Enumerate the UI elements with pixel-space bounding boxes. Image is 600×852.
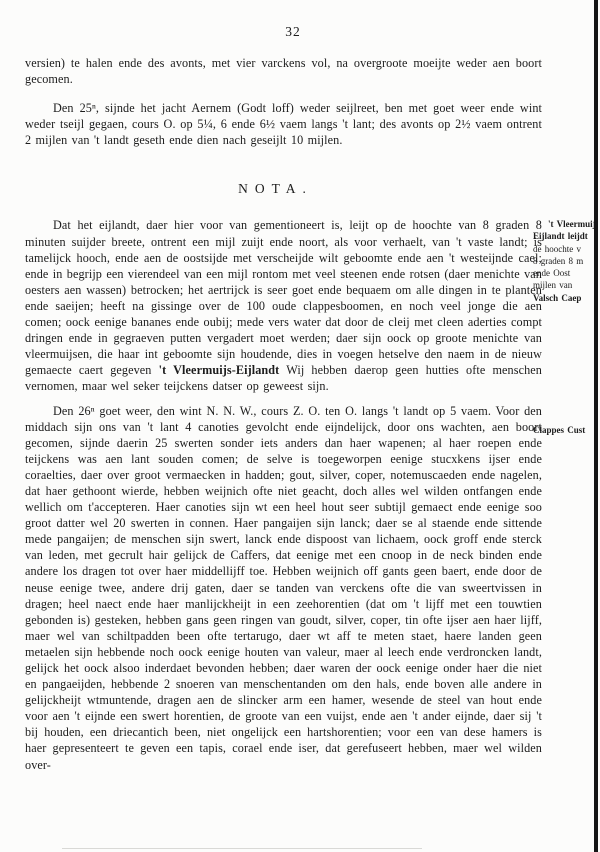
paragraph: Den 25ⁿ, sijnde het jacht Aernem (Godt l…: [25, 100, 542, 148]
margin-note-line: Eijlandt leijdt: [533, 230, 600, 242]
body-text: Dat het eijlandt, daer hier voor van gem…: [25, 218, 542, 377]
margin-note-line: 't Vleermuij: [533, 218, 600, 230]
margin-note-line: mijlen van: [533, 279, 600, 291]
book-page: 32 versien) te halen ende des avonts, me…: [0, 0, 600, 852]
margin-note-line: de hoochte v: [533, 243, 600, 255]
text-column: versien) te halen ende des avonts, met v…: [25, 55, 542, 773]
margin-note-line: Valsch Caep: [533, 292, 600, 304]
body-text: Den 26ⁿ goet weer, den wint N. N. W., co…: [25, 404, 542, 772]
margin-note-line: Clappes Cust: [533, 424, 600, 436]
page-edge-line: [594, 0, 598, 852]
paragraph: versien) te halen ende des avonts, met v…: [25, 55, 542, 87]
paragraph: Den 26ⁿ goet weer, den wint N. N. W., co…: [25, 403, 542, 773]
scan-smudge: [62, 848, 422, 849]
margin-note-vleermuijs-eijlandt: 't VleermuijEijlandt leijdtde hoochte v8…: [533, 218, 600, 304]
paragraph: Dat het eijlandt, daer hier voor van gem…: [25, 217, 542, 394]
nota-heading: NOTA.: [17, 181, 534, 197]
page-number: 32: [0, 24, 586, 40]
bold-text: 't Vleermuijs-Eijlandt: [159, 363, 280, 377]
body-text: versien) te halen ende des avonts, met v…: [25, 56, 542, 86]
margin-note-line: ende Oost: [533, 267, 600, 279]
margin-note-line: 8 graden 8 m: [533, 255, 600, 267]
body-text: Den 25ⁿ, sijnde het jacht Aernem (Godt l…: [25, 101, 542, 147]
margin-note-clappes-cust: Clappes Cust: [533, 424, 600, 436]
